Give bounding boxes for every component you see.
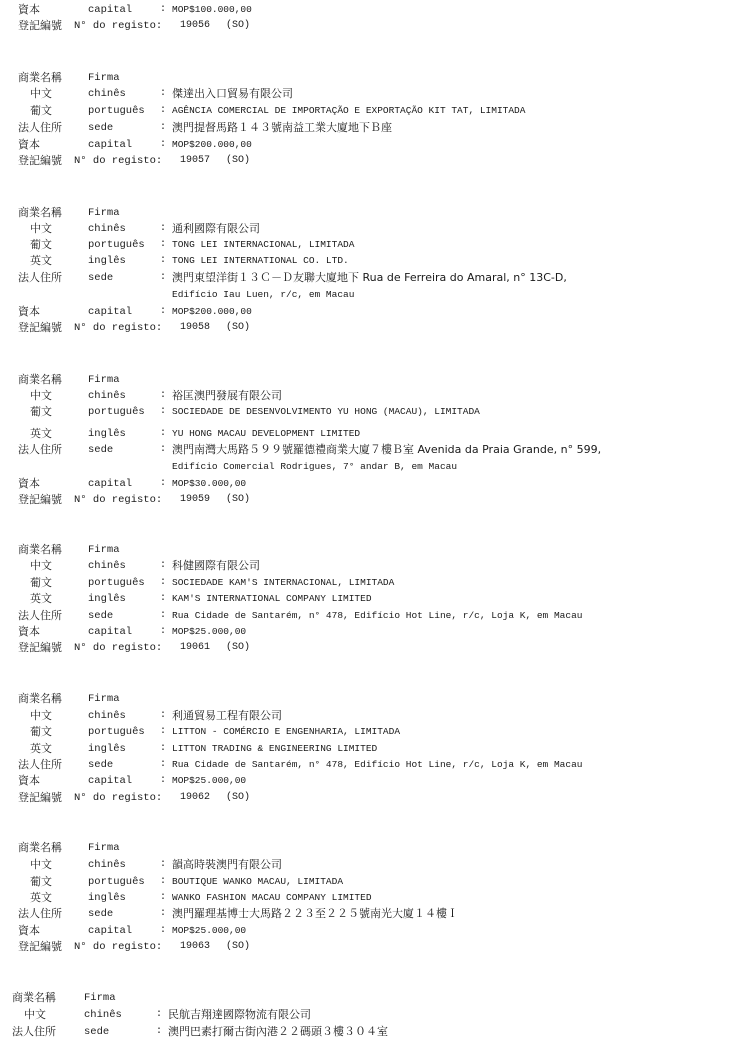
colon: : — [160, 757, 166, 773]
sede-value: 澳門南灣大馬路５９９號羅德禮商業大廈７樓Ｂ室 Avenida da Praia … — [172, 442, 601, 458]
capital-value: MOP$200.000,00 — [172, 304, 252, 320]
registo-suffix: (SO) — [226, 790, 250, 806]
portugues-label-zh: 葡文 — [30, 724, 52, 740]
firma-label-pt: Firma — [84, 990, 116, 1006]
firma-label-pt: Firma — [88, 205, 120, 221]
sede-label-zh: 法人住所 — [18, 906, 62, 922]
portugues-label-pt: português — [88, 404, 145, 420]
chines-name-value: 民航吉翔達國際物流有限公司 — [168, 1007, 311, 1023]
ingles-name-value: KAM'S INTERNATIONAL COMPANY LIMITED — [172, 591, 372, 607]
chines-label-zh: 中文 — [30, 857, 52, 873]
colon: : — [160, 103, 166, 119]
firma-label-zh: 商業名稱 — [12, 990, 56, 1006]
colon: : — [160, 906, 166, 922]
colon: : — [160, 120, 166, 136]
registo-suffix: (SO) — [226, 939, 250, 955]
registo-label-pt: N° do registo: — [74, 18, 162, 34]
portugues-label-zh: 葡文 — [30, 103, 52, 119]
sede-value: 澳門巴素打爾古街內港２２碼頭３樓３０４室 — [168, 1024, 388, 1040]
portugues-label-zh: 葡文 — [30, 237, 52, 253]
chines-label-pt: chinês — [88, 558, 126, 574]
registo-suffix: (SO) — [226, 320, 250, 336]
capital-label-pt: capital — [88, 773, 132, 789]
sede-label-pt: sede — [88, 757, 113, 773]
registo-label-zh: 登記編號 — [18, 790, 62, 806]
portugues-name-value: SOCIEDADE DE DESENVOLVIMENTO YU HONG (MA… — [172, 404, 480, 420]
sede-value: 澳門羅理基博士大馬路２２３至２２５號南光大廈１４樓Ｉ — [172, 906, 458, 922]
portugues-label-pt: português — [88, 575, 145, 591]
capital-label-pt: capital — [88, 476, 132, 492]
registo-label-pt: N° do registo: — [74, 320, 162, 336]
colon: : — [160, 442, 166, 458]
firma-label-zh: 商業名稱 — [18, 691, 62, 707]
firma-label-zh: 商業名稱 — [18, 372, 62, 388]
sede-value-continuation: Edifício Iau Luen, r/c, em Macau — [172, 287, 354, 303]
registo-suffix: (SO) — [226, 18, 250, 34]
colon: : — [160, 857, 166, 873]
firma-label-pt: Firma — [88, 372, 120, 388]
ingles-label-zh: 英文 — [30, 741, 52, 757]
portugues-label-pt: português — [88, 874, 145, 890]
colon: : — [160, 708, 166, 724]
portugues-name-value: BOUTIQUE WANKO MACAU, LIMITADA — [172, 874, 343, 890]
registo-label-pt: N° do registo: — [74, 640, 162, 656]
registo-suffix: (SO) — [226, 640, 250, 656]
portugues-label-zh: 葡文 — [30, 874, 52, 890]
capital-value: MOP$25.000,00 — [172, 773, 246, 789]
sede-label-pt: sede — [88, 906, 113, 922]
registo-number: 19056 — [180, 18, 210, 34]
colon: : — [160, 426, 166, 442]
colon: : — [160, 253, 166, 269]
colon: : — [160, 388, 166, 404]
chines-label-pt: chinês — [88, 388, 126, 404]
capital-label-zh: 資本 — [18, 476, 40, 492]
chines-label-zh: 中文 — [24, 1007, 46, 1023]
sede-value: 澳門東望洋街１３Ｃ－Ｄ友聯大廈地下 Rua de Ferreira do Ama… — [172, 270, 567, 286]
firma-label-zh: 商業名稱 — [18, 205, 62, 221]
registo-label-zh: 登記編號 — [18, 320, 62, 336]
colon: : — [160, 86, 166, 102]
sede-label-zh: 法人住所 — [18, 757, 62, 773]
chines-label-pt: chinês — [84, 1007, 122, 1023]
colon: : — [156, 1024, 162, 1040]
chines-label-zh: 中文 — [30, 388, 52, 404]
ingles-name-value: TONG LEI INTERNATIONAL CO. LTD. — [172, 253, 349, 269]
chines-label-pt: chinês — [88, 857, 126, 873]
sede-label-zh: 法人住所 — [18, 442, 62, 458]
capital-label-pt: capital — [88, 2, 132, 18]
ingles-label-pt: inglês — [88, 253, 126, 269]
portugues-label-zh: 葡文 — [30, 404, 52, 420]
colon: : — [160, 137, 166, 153]
registo-suffix: (SO) — [226, 492, 250, 508]
registo-number: 19059 — [180, 492, 210, 508]
ingles-label-pt: inglês — [88, 591, 126, 607]
capital-label-zh: 資本 — [18, 137, 40, 153]
portugues-name-value: AGÊNCIA COMERCIAL DE IMPORTAÇÃO E EXPORT… — [172, 103, 525, 119]
registo-number: 19063 — [180, 939, 210, 955]
portugues-name-value: TONG LEI INTERNACIONAL, LIMITADA — [172, 237, 354, 253]
chines-label-zh: 中文 — [30, 221, 52, 237]
capital-label-zh: 資本 — [18, 2, 40, 18]
capital-label-zh: 資本 — [18, 923, 40, 939]
chines-name-value: 通利國際有限公司 — [172, 221, 260, 237]
capital-label-pt: capital — [88, 624, 132, 640]
sede-label-pt: sede — [88, 442, 113, 458]
chines-name-value: 傑達出入口貿易有限公司 — [172, 86, 293, 102]
capital-label-pt: capital — [88, 304, 132, 320]
registo-number: 19061 — [180, 640, 210, 656]
firma-label-zh: 商業名稱 — [18, 70, 62, 86]
sede-label-zh: 法人住所 — [18, 270, 62, 286]
colon: : — [160, 304, 166, 320]
sede-label-pt: sede — [88, 120, 113, 136]
chines-label-pt: chinês — [88, 86, 126, 102]
firma-label-pt: Firma — [88, 840, 120, 856]
colon: : — [160, 575, 166, 591]
chines-name-value: 科健國際有限公司 — [172, 558, 260, 574]
ingles-name-value: LITTON TRADING & ENGINEERING LIMITED — [172, 741, 377, 757]
registo-label-zh: 登記編號 — [18, 18, 62, 34]
sede-value: Rua Cidade de Santarém, n° 478, Edifício… — [172, 608, 582, 624]
colon: : — [160, 558, 166, 574]
capital-value: MOP$30.000,00 — [172, 476, 246, 492]
portugues-label-pt: português — [88, 724, 145, 740]
colon: : — [160, 404, 166, 420]
registo-label-zh: 登記編號 — [18, 492, 62, 508]
registo-label-pt: N° do registo: — [74, 790, 162, 806]
sede-label-zh: 法人住所 — [18, 120, 62, 136]
capital-value: MOP$25.000,00 — [172, 624, 246, 640]
colon: : — [160, 608, 166, 624]
capital-label-zh: 資本 — [18, 304, 40, 320]
sede-label-pt: sede — [88, 608, 113, 624]
capital-label-zh: 資本 — [18, 773, 40, 789]
ingles-name-value: YU HONG MACAU DEVELOPMENT LIMITED — [172, 426, 360, 442]
registo-label-pt: N° do registo: — [74, 492, 162, 508]
colon: : — [160, 2, 166, 18]
registo-label-zh: 登記編號 — [18, 640, 62, 656]
portugues-name-value: SOCIEDADE KAM'S INTERNACIONAL, LIMITADA — [172, 575, 394, 591]
colon: : — [160, 724, 166, 740]
ingles-label-pt: inglês — [88, 890, 126, 906]
portugues-name-value: LITTON - COMÉRCIO E ENGENHARIA, LIMITADA — [172, 724, 400, 740]
colon: : — [160, 874, 166, 890]
chines-label-pt: chinês — [88, 708, 126, 724]
firma-label-pt: Firma — [88, 691, 120, 707]
chines-label-zh: 中文 — [30, 708, 52, 724]
colon: : — [160, 476, 166, 492]
colon: : — [160, 270, 166, 286]
chines-name-value: 利通貿易工程有限公司 — [172, 708, 282, 724]
capital-label-zh: 資本 — [18, 624, 40, 640]
ingles-label-zh: 英文 — [30, 253, 52, 269]
portugues-label-pt: português — [88, 103, 145, 119]
colon: : — [160, 923, 166, 939]
colon: : — [160, 741, 166, 757]
firma-label-zh: 商業名稱 — [18, 840, 62, 856]
sede-label-pt: sede — [84, 1024, 109, 1040]
colon: : — [160, 221, 166, 237]
ingles-name-value: WANKO FASHION MACAU COMPANY LIMITED — [172, 890, 372, 906]
capital-value: MOP$25.000,00 — [172, 923, 246, 939]
firma-label-zh: 商業名稱 — [18, 542, 62, 558]
capital-label-pt: capital — [88, 923, 132, 939]
colon: : — [160, 624, 166, 640]
colon: : — [160, 591, 166, 607]
registo-label-pt: N° do registo: — [74, 939, 162, 955]
firma-label-pt: Firma — [88, 70, 120, 86]
registo-number: 19062 — [180, 790, 210, 806]
colon: : — [160, 237, 166, 253]
sede-value: Rua Cidade de Santarém, n° 478, Edifício… — [172, 757, 582, 773]
colon: : — [160, 773, 166, 789]
registry-document-page: 資本 capital : MOP$100.000,00 登記編號 N° do r… — [0, 0, 733, 1060]
ingles-label-zh: 英文 — [30, 426, 52, 442]
registo-number: 19057 — [180, 153, 210, 169]
chines-label-zh: 中文 — [30, 558, 52, 574]
ingles-label-pt: inglês — [88, 426, 126, 442]
ingles-label-zh: 英文 — [30, 890, 52, 906]
colon: : — [156, 1007, 162, 1023]
chines-name-value: 裕匡澳門發展有限公司 — [172, 388, 282, 404]
sede-label-zh: 法人住所 — [12, 1024, 56, 1040]
sede-label-zh: 法人住所 — [18, 608, 62, 624]
chines-label-zh: 中文 — [30, 86, 52, 102]
capital-value: MOP$100.000,00 — [172, 2, 252, 18]
sede-label-pt: sede — [88, 270, 113, 286]
registo-label-pt: N° do registo: — [74, 153, 162, 169]
registo-label-zh: 登記編號 — [18, 153, 62, 169]
capital-label-pt: capital — [88, 137, 132, 153]
ingles-label-zh: 英文 — [30, 591, 52, 607]
capital-value: MOP$200.000,00 — [172, 137, 252, 153]
registo-suffix: (SO) — [226, 153, 250, 169]
registo-label-zh: 登記編號 — [18, 939, 62, 955]
registo-number: 19058 — [180, 320, 210, 336]
colon: : — [160, 890, 166, 906]
chines-name-value: 韻高時裝澳門有限公司 — [172, 857, 282, 873]
ingles-label-pt: inglês — [88, 741, 126, 757]
chines-label-pt: chinês — [88, 221, 126, 237]
sede-value: 澳門提督馬路１４３號南益工業大廈地下Ｂ座 — [172, 120, 392, 136]
firma-label-pt: Firma — [88, 542, 120, 558]
sede-value-continuation: Edifício Comercial Rodrigues, 7° andar B… — [172, 459, 457, 475]
portugues-label-zh: 葡文 — [30, 575, 52, 591]
portugues-label-pt: português — [88, 237, 145, 253]
